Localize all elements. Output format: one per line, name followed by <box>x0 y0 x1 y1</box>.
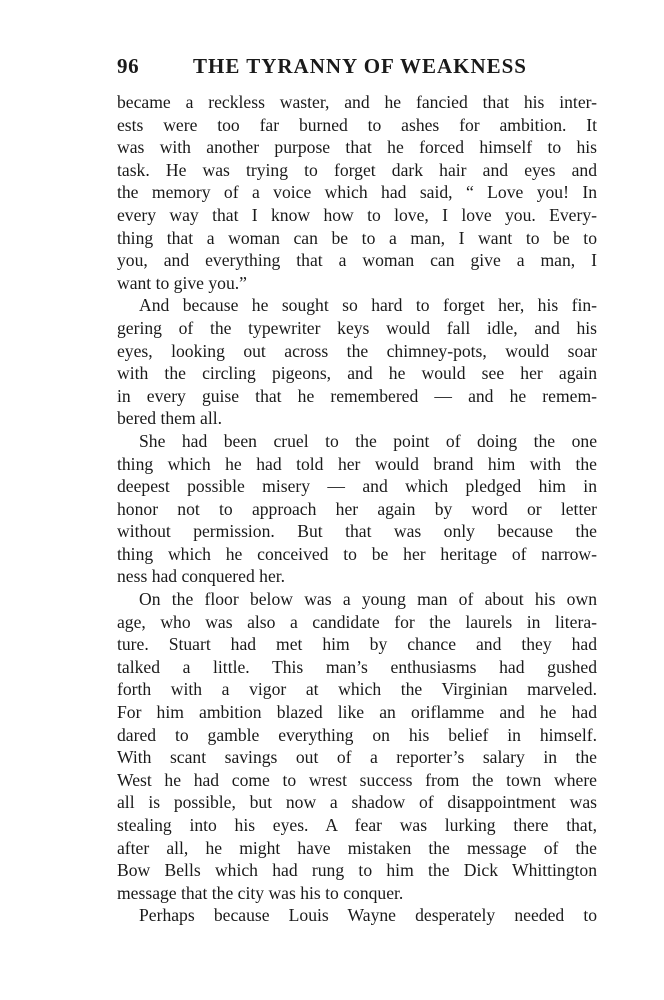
text-line: became a reckless waster, and he fancied… <box>117 91 597 114</box>
text-line: Perhaps because Louis Wayne desperately … <box>117 904 597 927</box>
text-line: West he had come to wrest success from t… <box>117 769 597 792</box>
book-page: 96 THE TYRANNY OF WEAKNESS became a reck… <box>0 0 664 1000</box>
text-line: For him ambition blazed like an oriflamm… <box>117 701 597 724</box>
text-line: in every guise that he remembered — and … <box>117 385 597 408</box>
text-line: bered them all. <box>117 407 597 430</box>
text-line: you, and everything that a woman can giv… <box>117 249 597 272</box>
text-line: task. He was trying to forget dark hair … <box>117 159 597 182</box>
text-line: eyes, looking out across the chimney-pot… <box>117 340 597 363</box>
running-title: THE TYRANNY OF WEAKNESS <box>193 54 527 79</box>
text-line: with the circling pigeons, and he would … <box>117 362 597 385</box>
page-header: 96 THE TYRANNY OF WEAKNESS <box>117 54 597 84</box>
text-line: forth with a vigor at which the Virginia… <box>117 678 597 701</box>
body-text: became a reckless waster, and he fancied… <box>117 91 597 927</box>
text-line: ests were too far burned to ashes for am… <box>117 114 597 137</box>
text-line: was with another purpose that he forced … <box>117 136 597 159</box>
page-number: 96 <box>117 54 139 79</box>
text-line: thing which he conceived to be her herit… <box>117 543 597 566</box>
text-line: With scant savings out of a reporter’s s… <box>117 746 597 769</box>
text-line: honor not to approach her again by word … <box>117 498 597 521</box>
text-line: Bow Bells which had rung to him the Dick… <box>117 859 597 882</box>
text-line: the memory of a voice which had said, “ … <box>117 181 597 204</box>
text-line: thing which he had told her would brand … <box>117 453 597 476</box>
text-line: every way that I know how to love, I lov… <box>117 204 597 227</box>
text-line: And because he sought so hard to forget … <box>117 294 597 317</box>
text-line: dared to gamble everything on his belief… <box>117 724 597 747</box>
text-line: after all, he might have mistaken the me… <box>117 837 597 860</box>
text-line: ture. Stuart had met him by chance and t… <box>117 633 597 656</box>
text-line: On the floor below was a young man of ab… <box>117 588 597 611</box>
text-line: deepest possible misery — and which pled… <box>117 475 597 498</box>
text-line: message that the city was his to conquer… <box>117 882 597 905</box>
text-line: She had been cruel to the point of doing… <box>117 430 597 453</box>
text-line: thing that a woman can be to a man, I wa… <box>117 227 597 250</box>
text-line: ness had conquered her. <box>117 565 597 588</box>
text-line: gering of the typewriter keys would fall… <box>117 317 597 340</box>
text-line: all is possible, but now a shadow of dis… <box>117 791 597 814</box>
text-line: without permission. But that was only be… <box>117 520 597 543</box>
text-line: stealing into his eyes. A fear was lurki… <box>117 814 597 837</box>
text-line: want to give you.” <box>117 272 597 295</box>
text-line: talked a little. This man’s enthusiasms … <box>117 656 597 679</box>
text-line: age, who was also a candidate for the la… <box>117 611 597 634</box>
